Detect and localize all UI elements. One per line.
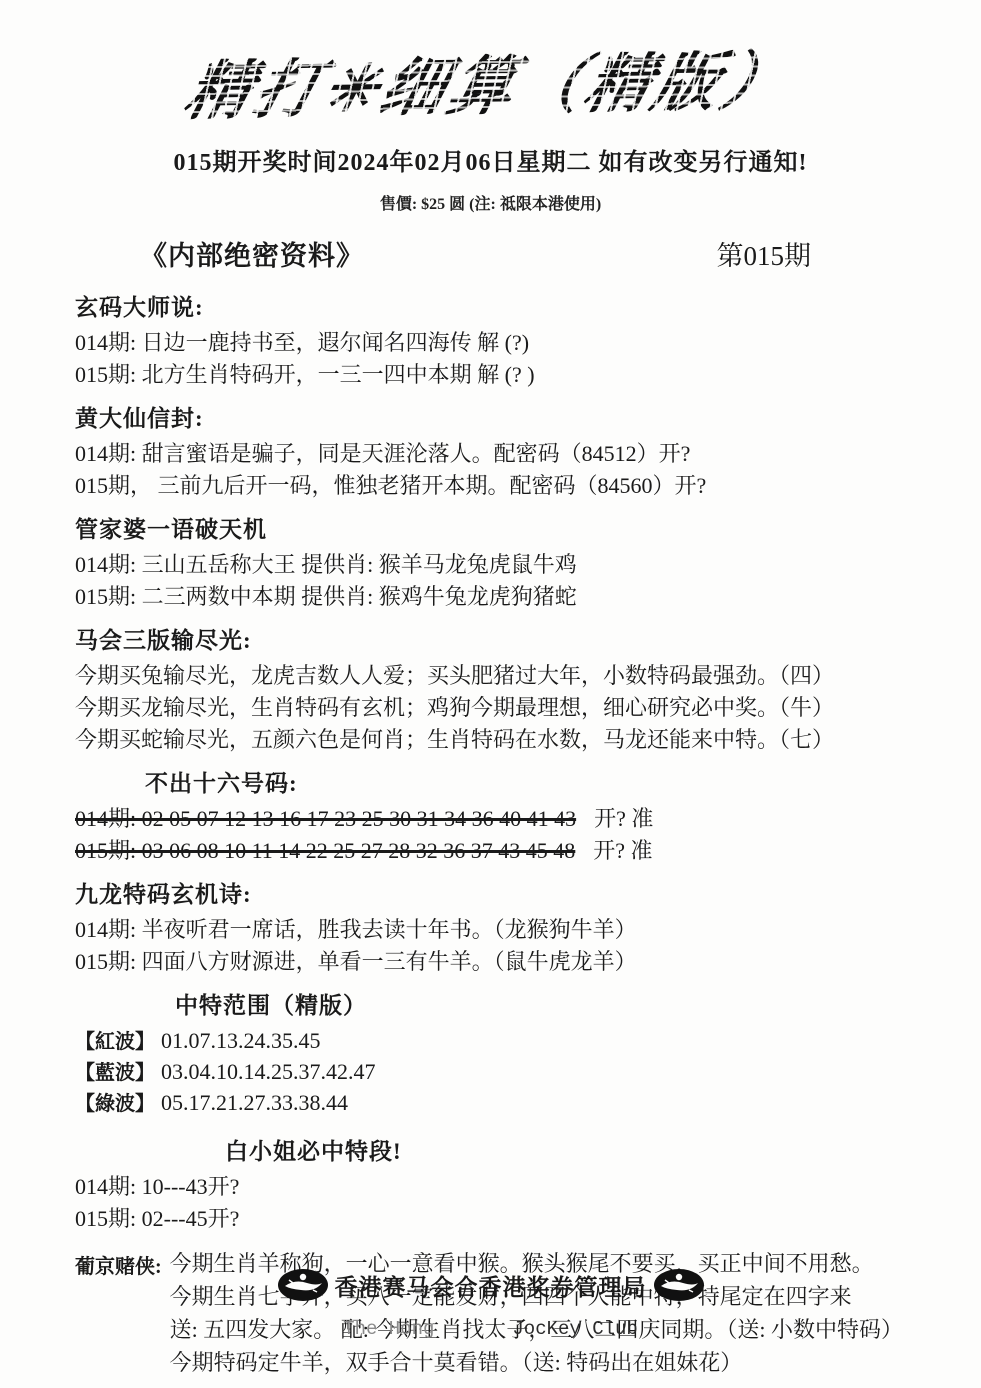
section-header: 不出十六号码: [75,765,941,798]
section-baixiaojie: 白小姐必中特段! 014期: 10---43开? 015期: 02---45开? [75,1133,941,1234]
section-line: 今期买蛇输尽光，五颜六色是何肖；生肖特码在水数，马龙还能来中特。（七） [75,725,941,755]
title-calligraphy: 精打✳细算（精版） [176,30,805,132]
section-line: 014期: 10---43开? [75,1172,941,1202]
jockey-club-oval-logo-icon [653,1268,705,1302]
document-label-row: 《内部绝密资料》 第015期 [0,234,981,273]
section-line: 015期， 三前九后开一码，惟独老猪开本期。配密码（84560）开? [75,471,941,501]
section-header: 玄码大师说: [75,289,941,322]
section-header: 白小姐必中特段! [75,1133,941,1166]
row-suffix: 开? 准 [594,806,653,831]
section-line: 今期买龙输尽光，生肖特码有玄机；鸡狗今期最理想，细心研究必中奖。（牛） [75,693,941,723]
footer: 香港赛马会合香港奖券管理局 The Hong JocKey Club [0,1268,981,1340]
section-mahui: 马会三版输尽光: 今期买兔输尽光，龙虎吉数人人爱；买头肥猪过大年，小数特码最强劲… [75,622,941,755]
section-header: 中特范围（精版） [75,987,941,1020]
green-wave-label: 【綠波】 [75,1093,155,1115]
struck-number-row: 015期: 03 06 08 10 11 14 22 25 27 28 32 3… [75,836,941,866]
section-header: 管家婆一语破天机 [75,511,941,544]
issue-number: 第015期 [717,234,812,273]
doc-title: 《内部绝密资料》 [140,234,364,273]
section-line: 015期: 北方生肖特码开，一三一四中本期 解 (? ) [75,360,941,390]
green-wave-numbers: 05.17.21.27.33.38.44 [161,1090,348,1115]
section-header: 马会三版输尽光: [75,622,941,655]
org-name: 香港赛马会合香港奖券管理局 [335,1269,647,1302]
section-line: 今期特码定牛羊，双手合十莫看错。（送: 特码出在姐妹花） [170,1347,903,1378]
draw-date-line: 015期开奖时间2024年02月06日星期二 如有改变另行通知! [0,142,981,177]
green-wave-row: 【綠波】05.17.21.27.33.38.44 [75,1088,941,1119]
price-note: 售價: $25 圆 (注: 祗限本港使用) [0,191,981,214]
section-line: 015期: 02---45开? [75,1204,941,1234]
red-wave-row: 【紅波】01.07.13.24.35.45 [75,1026,941,1057]
section-line: 014期: 甜言蜜语是骗子，同是天涯沦落人。配密码（84512）开? [75,439,941,469]
red-wave-numbers: 01.07.13.24.35.45 [161,1028,321,1053]
content-sections: 玄码大师说: 014期: 日边一鹿持书至，遐尔闻名四海传 解 (?) 015期:… [0,289,981,1380]
org-row: 香港赛马会合香港奖券管理局 [0,1268,981,1302]
section-line: 015期: 二三两数中本期 提供肖: 猴鸡牛兔龙虎狗猪蛇 [75,582,941,612]
struck-numbers: 015期: 03 06 08 10 11 14 22 25 27 28 32 3… [75,838,575,863]
red-wave-label: 【紅波】 [75,1031,155,1053]
section-huangdaxian: 黄大仙信封: 014期: 甜言蜜语是骗子，同是天涯沦落人。配密码（84512）开… [75,400,941,501]
section-guanjiapo: 管家婆一语破天机 014期: 三山五岳称大王 提供肖: 猴羊马龙兔虎鼠牛鸡 01… [75,511,941,612]
section-zhongte-range: 中特范围（精版） 【紅波】01.07.13.24.35.45 【藍波】03.04… [75,987,941,1119]
tip-sheet-page: 精打✳细算（精版） 015期开奖时间2024年02月06日星期二 如有改变另行通… [0,0,981,1388]
section-excluded-numbers: 不出十六号码: 014期: 02 05 07 12 13 16 17 23 25… [75,765,941,866]
section-line: 014期: 日边一鹿持书至，遐尔闻名四海传 解 (?) [75,328,941,358]
footer-text-the-hong: The Hong [343,1318,434,1340]
section-line: 015期: 四面八方财源进，单看一三有牛羊。（鼠牛虎龙羊） [75,947,941,977]
section-line: 014期: 三山五岳称大王 提供肖: 猴羊马龙兔虎鼠牛鸡 [75,550,941,580]
jockey-club-oval-logo-icon [277,1268,329,1302]
blue-wave-label: 【藍波】 [75,1062,155,1084]
blue-wave-row: 【藍波】03.04.10.14.25.37.42.47 [75,1057,941,1088]
struck-numbers: 014期: 02 05 07 12 13 16 17 23 25 30 31 3… [75,806,576,831]
footer-text-jockey-club: JocKey Club [512,1318,637,1340]
section-line: 今期买兔输尽光，龙虎吉数人人爱；买头肥猪过大年，小数特码最强劲。（四） [75,661,941,691]
section-line: 014期: 半夜听君一席话，胜我去读十年书。（龙猴狗牛羊） [75,915,941,945]
section-jiulong: 九龙特码玄机诗: 014期: 半夜听君一席话，胜我去读十年书。（龙猴狗牛羊） 0… [75,876,941,977]
row-suffix: 开? 准 [593,838,652,863]
struck-number-row: 014期: 02 05 07 12 13 16 17 23 25 30 31 3… [75,804,941,834]
section-header: 九龙特码玄机诗: [75,876,941,909]
blue-wave-numbers: 03.04.10.14.25.37.42.47 [161,1059,376,1084]
section-header: 黄大仙信封: [75,400,941,433]
section-xuanma: 玄码大师说: 014期: 日边一鹿持书至，遐尔闻名四海传 解 (?) 015期:… [75,289,941,390]
footer-english-row: The Hong JocKey Club [0,1318,981,1340]
masthead: 精打✳细算（精版） [0,22,981,140]
